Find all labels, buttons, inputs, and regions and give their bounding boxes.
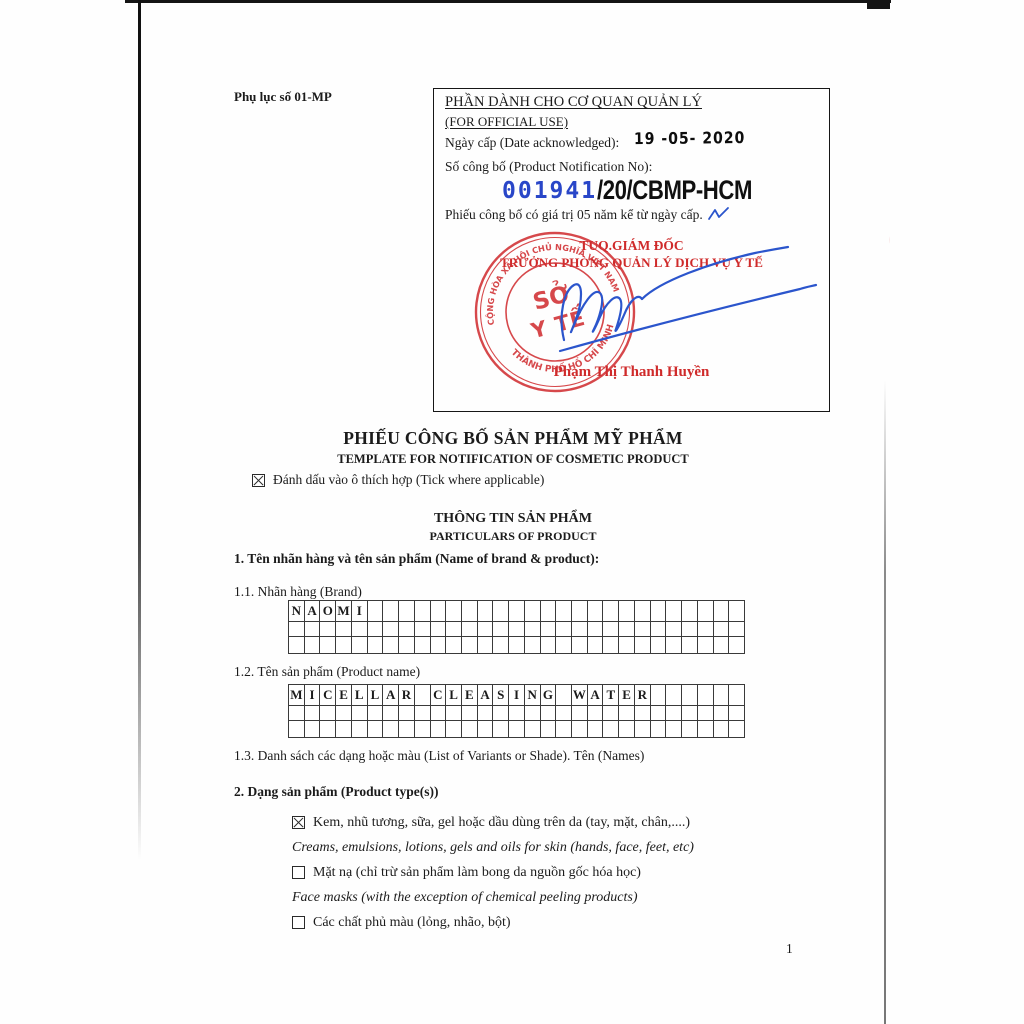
grid-cell (336, 721, 352, 738)
grid-cell (714, 637, 730, 654)
grid-cell (682, 685, 698, 706)
grid-cell (556, 685, 572, 706)
grid-cell: L (446, 685, 462, 706)
official-box-title-vi: PHẦN DÀNH CHO CƠ QUAN QUẢN LÝ (445, 94, 702, 111)
grid-cell (462, 637, 478, 654)
grid-cell (509, 601, 525, 622)
grid-cell (619, 706, 635, 721)
grid-cell (682, 637, 698, 654)
edge-seal-fragment-icon: ★ CỘNG HÒA XÃ HỘI CHỦ (843, 172, 890, 312)
grid-cell (572, 721, 588, 738)
grid-cell (415, 622, 431, 637)
grid-cell (588, 721, 604, 738)
grid-cell (462, 721, 478, 738)
section-header-en: PARTICULARS OF PRODUCT (140, 529, 886, 544)
grid-cell (714, 601, 730, 622)
grid-cell (336, 622, 352, 637)
grid-cell: I (352, 601, 368, 622)
grid-cell (336, 706, 352, 721)
grid-cell (289, 622, 305, 637)
grid-cell (289, 706, 305, 721)
section-header-vi: THÔNG TIN SẢN PHẨM (140, 511, 886, 527)
grid-cell (493, 601, 509, 622)
grid-cell (431, 721, 447, 738)
grid-cell (462, 622, 478, 637)
grid-cell (651, 685, 667, 706)
grid-cell (399, 601, 415, 622)
tick-note-text: Đánh dấu vào ô thích hợp (Tick where app… (273, 472, 544, 488)
checkbox-icon (292, 916, 305, 929)
grid-cell: O (320, 601, 336, 622)
grid-cell (603, 706, 619, 721)
grid-cell (446, 721, 462, 738)
grid-cell (666, 601, 682, 622)
grid-cell (619, 637, 635, 654)
grid-cell (698, 706, 714, 721)
product-type-option: Kem, nhũ tương, sữa, gel hoặc dầu dùng t… (292, 810, 694, 835)
grid-cell (714, 622, 730, 637)
grid-cell (383, 622, 399, 637)
grid-cell (462, 601, 478, 622)
grid-cell (493, 706, 509, 721)
grid-cell: R (399, 685, 415, 706)
grid-cell (572, 706, 588, 721)
grid-cell (478, 622, 494, 637)
grid-cell (682, 706, 698, 721)
grid-cell (635, 622, 651, 637)
grid-cell (572, 601, 588, 622)
grid-cell (714, 685, 730, 706)
grid-cell (682, 601, 698, 622)
product-type-option: Mặt nạ (chỉ trừ sản phẩm làm bong da ngu… (292, 860, 694, 885)
grid-cell: A (305, 601, 321, 622)
grid-cell (541, 637, 557, 654)
grid-cell: I (305, 685, 321, 706)
product-type-option-en: Face masks (with the exception of chemic… (292, 885, 694, 910)
grid-cell (289, 721, 305, 738)
grid-cell (431, 601, 447, 622)
grid-cell: C (320, 685, 336, 706)
grid-cell (666, 706, 682, 721)
grid-cell: E (336, 685, 352, 706)
grid-cell (635, 637, 651, 654)
grid-cell (666, 685, 682, 706)
grid-cell (383, 601, 399, 622)
grid-cell (525, 721, 541, 738)
grid-cell: L (352, 685, 368, 706)
grid-cell: E (619, 685, 635, 706)
product-type-option-text: Mặt nạ (chỉ trừ sản phẩm làm bong da ngu… (313, 865, 641, 881)
grid-cell (635, 601, 651, 622)
grid-cell (572, 622, 588, 637)
checkbox-icon (252, 474, 265, 487)
grid-cell (541, 706, 557, 721)
grid-cell (431, 637, 447, 654)
date-stamp: 19 -05- 2020 (634, 129, 745, 149)
section2-title: 2. Dạng sản phẩm (Product type(s)) (234, 784, 439, 800)
grid-cell (651, 637, 667, 654)
grid-cell (368, 721, 384, 738)
form-title-en: TEMPLATE FOR NOTIFICATION OF COSMETIC PR… (140, 452, 886, 467)
grid-cell (399, 721, 415, 738)
grid-cell (478, 601, 494, 622)
grid-cell: A (383, 685, 399, 706)
grid-cell (698, 721, 714, 738)
appendix-label: Phụ lục số 01-MP (234, 89, 332, 105)
grid-cell (698, 601, 714, 622)
grid-cell (651, 721, 667, 738)
grid-cell (509, 622, 525, 637)
grid-cell (493, 721, 509, 738)
grid-cell (729, 721, 745, 738)
grid-cell (619, 721, 635, 738)
grid-cell (603, 721, 619, 738)
grid-cell (603, 601, 619, 622)
checkbox-icon (292, 866, 305, 879)
variants-label: 1.3. Danh sách các dạng hoặc màu (List o… (234, 748, 644, 764)
grid-cell (462, 706, 478, 721)
form-title-vi: PHIẾU CÔNG BỐ SẢN PHẨM MỸ PHẨM (140, 428, 886, 449)
grid-cell: M (336, 601, 352, 622)
scan-edge-top (125, 0, 891, 3)
grid-cell: E (462, 685, 478, 706)
grid-cell (556, 601, 572, 622)
grid-cell (509, 637, 525, 654)
grid-cell: A (478, 685, 494, 706)
notification-number-blue: 001941 (502, 178, 597, 204)
validity-note: Phiếu công bố có giá trị 05 năm kể từ ng… (445, 206, 731, 223)
grid-cell (729, 601, 745, 622)
grid-cell (556, 721, 572, 738)
grid-cell (509, 706, 525, 721)
grid-cell (446, 637, 462, 654)
product-name-label: 1.2. Tên sản phẩm (Product name) (234, 664, 420, 680)
product-type-option: Các chất phủ màu (lỏng, nhão, bột) (292, 910, 694, 935)
grid-cell (399, 622, 415, 637)
section1-title: 1. Tên nhãn hàng và tên sản phẩm (Name o… (234, 551, 599, 567)
grid-cell (320, 706, 336, 721)
grid-cell (729, 685, 745, 706)
grid-cell (729, 706, 745, 721)
grid-cell (431, 622, 447, 637)
grid-cell: I (509, 685, 525, 706)
grid-cell: N (289, 601, 305, 622)
grid-cell (635, 721, 651, 738)
grid-cell (305, 721, 321, 738)
grid-cell (368, 622, 384, 637)
grid-cell (525, 637, 541, 654)
grid-cell (588, 601, 604, 622)
notification-number-label: Số công bố (Product Notification No): (445, 159, 652, 175)
grid-cell: T (603, 685, 619, 706)
signature-icon (550, 245, 818, 360)
grid-cell (666, 721, 682, 738)
date-acknowledged-label: Ngày cấp (Date acknowledged): (445, 135, 619, 151)
validity-note-text: Phiếu công bố có giá trị 05 năm kể từ ng… (445, 207, 703, 222)
grid-cell (352, 721, 368, 738)
grid-cell (682, 721, 698, 738)
grid-cell (415, 721, 431, 738)
grid-cell (651, 622, 667, 637)
grid-cell (556, 637, 572, 654)
grid-cell (368, 601, 384, 622)
grid-cell (415, 601, 431, 622)
grid-cell (541, 601, 557, 622)
grid-cell (635, 706, 651, 721)
grid-cell (493, 637, 509, 654)
grid-cell: N (525, 685, 541, 706)
scan-mark-top-right (867, 0, 890, 9)
grid-cell (603, 637, 619, 654)
grid-cell: S (493, 685, 509, 706)
grid-cell (651, 706, 667, 721)
grid-cell (714, 706, 730, 721)
official-use-box: PHẦN DÀNH CHO CƠ QUAN QUẢN LÝ (FOR OFFIC… (433, 88, 830, 412)
grid-cell (541, 622, 557, 637)
grid-cell (415, 706, 431, 721)
grid-cell (666, 622, 682, 637)
grid-cell (509, 721, 525, 738)
grid-cell (651, 601, 667, 622)
notification-number: 001941/20/CBMP-HCM (502, 175, 786, 206)
grid-cell (399, 706, 415, 721)
grid-cell (478, 637, 494, 654)
product-type-option-text: Kem, nhũ tương, sữa, gel hoặc dầu dùng t… (313, 815, 690, 831)
checkbox-icon (292, 816, 305, 829)
grid-cell (305, 706, 321, 721)
grid-cell (368, 706, 384, 721)
grid-cell (619, 601, 635, 622)
product-name-letter-grid: MICELLARCLEASINGWATER (288, 684, 745, 738)
grid-cell (352, 622, 368, 637)
grid-cell (368, 637, 384, 654)
grid-cell: L (368, 685, 384, 706)
brand-label: 1.1. Nhãn hàng (Brand) (234, 584, 362, 600)
grid-cell (289, 637, 305, 654)
grid-cell (619, 622, 635, 637)
grid-cell (525, 601, 541, 622)
grid-cell (588, 637, 604, 654)
grid-cell (666, 637, 682, 654)
grid-cell (729, 637, 745, 654)
grid-cell (305, 622, 321, 637)
grid-cell (493, 622, 509, 637)
grid-cell (320, 622, 336, 637)
grid-cell (525, 706, 541, 721)
grid-cell: A (588, 685, 604, 706)
notification-number-black: /20/CBMP-HCM (597, 175, 752, 206)
grid-cell (320, 637, 336, 654)
grid-cell: R (635, 685, 651, 706)
grid-cell (478, 721, 494, 738)
grid-cell (320, 721, 336, 738)
official-box-title-en: (FOR OFFICIAL USE) (445, 114, 568, 130)
grid-cell (603, 622, 619, 637)
grid-cell (682, 622, 698, 637)
grid-cell (383, 706, 399, 721)
grid-cell (729, 622, 745, 637)
grid-cell (478, 706, 494, 721)
brand-letter-grid: NAOMI (288, 600, 745, 654)
grid-cell (336, 637, 352, 654)
page-number: 1 (786, 941, 793, 957)
grid-cell (352, 706, 368, 721)
grid-cell (352, 637, 368, 654)
grid-cell (446, 706, 462, 721)
grid-cell (305, 637, 321, 654)
grid-cell: C (431, 685, 447, 706)
grid-cell (525, 622, 541, 637)
paraph-icon (707, 206, 731, 222)
grid-cell (556, 706, 572, 721)
scanned-document-page: Phụ lục số 01-MP PHẦN DÀNH CHO CƠ QUAN Q… (0, 0, 1024, 1024)
grid-cell (446, 601, 462, 622)
grid-cell (415, 685, 431, 706)
grid-cell: M (289, 685, 305, 706)
tick-note: Đánh dấu vào ô thích hợp (Tick where app… (252, 472, 544, 488)
grid-cell (572, 637, 588, 654)
grid-cell (588, 706, 604, 721)
grid-cell: G (541, 685, 557, 706)
grid-cell (541, 721, 557, 738)
grid-cell (446, 622, 462, 637)
grid-cell (383, 637, 399, 654)
grid-cell (588, 622, 604, 637)
grid-cell (698, 622, 714, 637)
grid-cell (415, 637, 431, 654)
grid-cell: W (572, 685, 588, 706)
grid-cell (556, 622, 572, 637)
grid-cell (383, 721, 399, 738)
product-type-options: Kem, nhũ tương, sữa, gel hoặc dầu dùng t… (292, 810, 694, 935)
grid-cell (714, 721, 730, 738)
product-type-option-en: Creams, emulsions, lotions, gels and oil… (292, 835, 694, 860)
grid-cell (698, 637, 714, 654)
product-type-option-text: Các chất phủ màu (lỏng, nhão, bột) (313, 915, 511, 931)
grid-cell (431, 706, 447, 721)
grid-cell (698, 685, 714, 706)
grid-cell (399, 637, 415, 654)
